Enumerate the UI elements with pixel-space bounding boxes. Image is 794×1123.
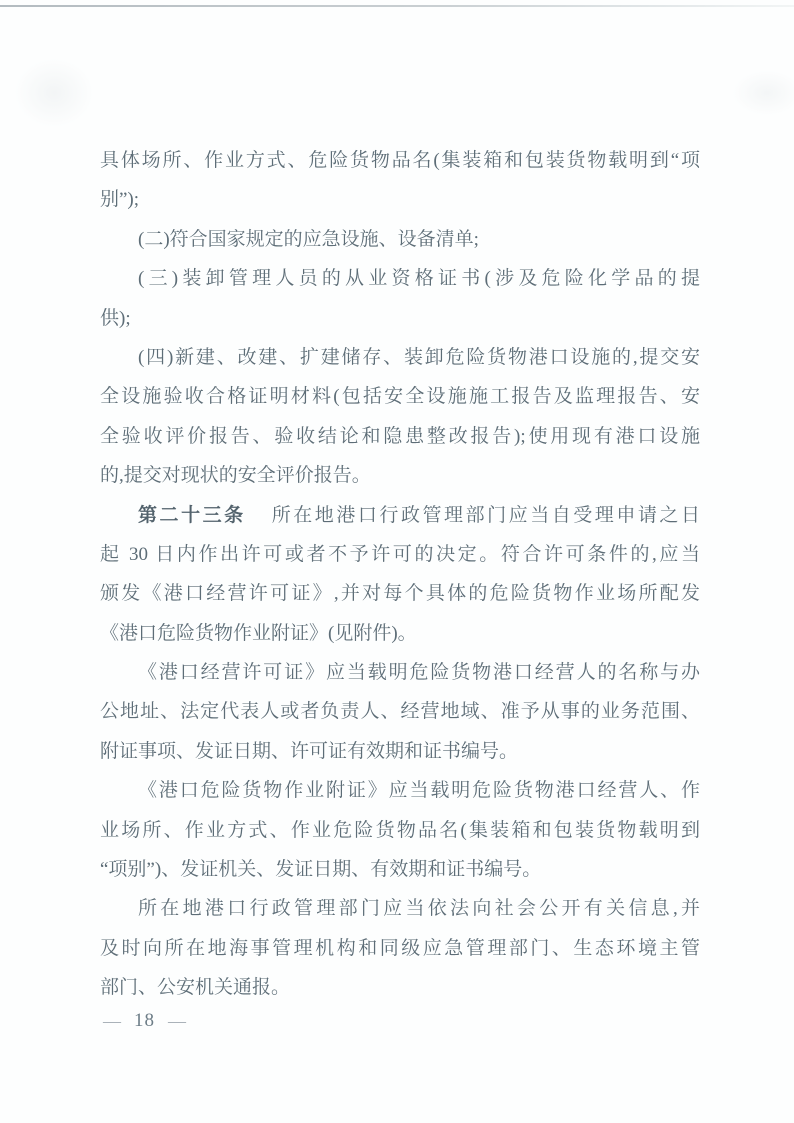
scan-smudge	[732, 70, 794, 116]
text-line: 颁发《港口经营许可证》,并对每个具体的危险货物作业场所配发	[100, 574, 700, 613]
text-line: 《港口危险货物作业附证》应当载明危险货物港口经营人、作	[100, 771, 700, 810]
paragraph: 第二十三条所在地港口行政管理部门应当自受理申请之日起 30 日内作出许可或者不予…	[100, 496, 700, 654]
text-line: 全验收评价报告、验收结论和隐患整改报告);使用现有港口设施	[100, 417, 700, 456]
paragraph: 《港口经营许可证》应当载明危险货物港口经营人的名称与办公地址、法定代表人或者负责…	[100, 653, 700, 771]
text-line: “项别”)、发证机关、发证日期、有效期和证书编号。	[100, 850, 700, 889]
text-line: 具体场所、作业方式、危险货物品名(集装箱和包装货物载明到“项	[100, 141, 700, 180]
text-line: 的,提交对现状的安全评价报告。	[100, 456, 700, 495]
text-line: 起 30 日内作出许可或者不予许可的决定。符合许可条件的,应当	[100, 535, 700, 574]
paragraph: (三)装卸管理人员的从业资格证书(涉及危险化学品的提供);	[100, 259, 700, 338]
scan-smudge	[14, 58, 94, 128]
text-line: 别”);	[100, 180, 700, 219]
paragraph: 《港口危险货物作业附证》应当载明危险货物港口经营人、作业场所、作业方式、作业危险…	[100, 771, 700, 889]
text-line: 部门、公安机关通报。	[100, 968, 700, 1007]
text-line: 及时向所在地海事管理机构和同级应急管理部门、生态环境主管	[100, 929, 700, 968]
text-line: (二)符合国家规定的应急设施、设备清单;	[100, 220, 700, 259]
scan-artifact-line	[0, 5, 794, 7]
paragraph: (二)符合国家规定的应急设施、设备清单;	[100, 220, 700, 259]
page-footer: — 18 —	[103, 1010, 186, 1032]
article-number: 第二十三条	[138, 505, 246, 526]
text-line: 《港口经营许可证》应当载明危险货物港口经营人的名称与办	[100, 653, 700, 692]
text-line: 公地址、法定代表人或者负责人、经营地域、准予从事的业务范围、	[100, 692, 700, 731]
document-page: 具体场所、作业方式、危险货物品名(集装箱和包装货物载明到“项别”);(二)符合国…	[0, 0, 794, 1123]
text-line: 全设施验收合格证明材料(包括安全设施施工报告及监理报告、安	[100, 377, 700, 416]
footer-page-number: 18	[134, 1010, 155, 1032]
footer-dash-right: —	[168, 1011, 186, 1032]
text-line: 供);	[100, 299, 700, 338]
text-line: (三)装卸管理人员的从业资格证书(涉及危险化学品的提	[100, 259, 700, 298]
text-block: 具体场所、作业方式、危险货物品名(集装箱和包装货物载明到“项别”);(二)符合国…	[100, 141, 700, 1008]
paragraph: 所在地港口行政管理部门应当依法向社会公开有关信息,并及时向所在地海事管理机构和同…	[100, 889, 700, 1007]
text-line: (四)新建、改建、扩建储存、装卸危险货物港口设施的,提交安	[100, 338, 700, 377]
text-line: 《港口危险货物作业附证》(见附件)。	[100, 614, 700, 653]
text-line: 业场所、作业方式、作业危险货物品名(集装箱和包装货物载明到	[100, 811, 700, 850]
text-line: 第二十三条所在地港口行政管理部门应当自受理申请之日	[100, 496, 700, 535]
text-line: 附证事项、发证日期、许可证有效期和证书编号。	[100, 732, 700, 771]
footer-dash-left: —	[103, 1011, 121, 1032]
paragraph: 具体场所、作业方式、危险货物品名(集装箱和包装货物载明到“项别”);	[100, 141, 700, 220]
paragraph: (四)新建、改建、扩建储存、装卸危险货物港口设施的,提交安全设施验收合格证明材料…	[100, 338, 700, 496]
text-line: 所在地港口行政管理部门应当依法向社会公开有关信息,并	[100, 889, 700, 928]
